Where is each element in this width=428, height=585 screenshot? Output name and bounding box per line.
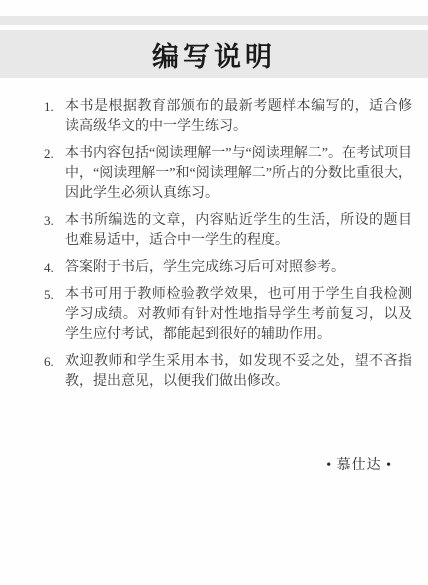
list-item: 1.本书是根据教育部颁布的最新考题样本编写的，适合修读高级华文的中一学生练习。 xyxy=(44,97,412,137)
document-page: 编写说明 1.本书是根据教育部颁布的最新考题样本编写的，适合修读高级华文的中一学… xyxy=(0,0,428,585)
list-item: 6.欢迎教师和学生采用本书，如发现不妥之处，望不吝指教，提出意见，以便我们做出修… xyxy=(44,352,412,392)
item-text: 本书可用于教师检验教学效果，也可用于学生自我检测学习成绩。对教师有针对性地指导学… xyxy=(65,285,412,345)
list-item: 3.本书所编选的文章，内容贴近学生的生活，所设的题目也难易适中，适合中一学生的程… xyxy=(44,211,412,251)
item-number: 3. xyxy=(44,211,65,231)
item-text: 本书内容包括“阅读理解一”与“阅读理解二”。在考试项目中，“阅读理解一”和“阅读… xyxy=(65,144,412,204)
item-number: 5. xyxy=(44,285,65,305)
author-signature: • 慕仕达 • xyxy=(326,456,392,476)
item-number: 1. xyxy=(44,97,65,117)
item-number: 6. xyxy=(44,352,65,372)
item-text: 本书所编选的文章，内容贴近学生的生活，所设的题目也难易适中，适合中一学生的程度。 xyxy=(65,211,412,251)
list-item: 5.本书可用于教师检验教学效果，也可用于学生自我检测学习成绩。对教师有针对性地指… xyxy=(44,285,412,345)
title-banner: 编写说明 xyxy=(0,30,428,78)
list-item: 2.本书内容包括“阅读理解一”与“阅读理解二”。在考试项目中，“阅读理解一”和“… xyxy=(44,144,412,204)
item-number: 2. xyxy=(44,144,65,164)
item-number: 4. xyxy=(44,258,65,278)
list-item: 4.答案附于书后，学生完成练习后可对照参考。 xyxy=(44,258,412,278)
instruction-list: 1.本书是根据教育部颁布的最新考题样本编写的，适合修读高级华文的中一学生练习。2… xyxy=(44,97,412,392)
top-divider-band xyxy=(0,16,428,25)
item-text: 欢迎教师和学生采用本书，如发现不妥之处，望不吝指教，提出意见，以便我们做出修改。 xyxy=(65,352,412,392)
item-text: 本书是根据教育部颁布的最新考题样本编写的，适合修读高级华文的中一学生练习。 xyxy=(65,97,412,137)
page-title: 编写说明 xyxy=(152,35,276,74)
item-text: 答案附于书后，学生完成练习后可对照参考。 xyxy=(65,258,412,278)
